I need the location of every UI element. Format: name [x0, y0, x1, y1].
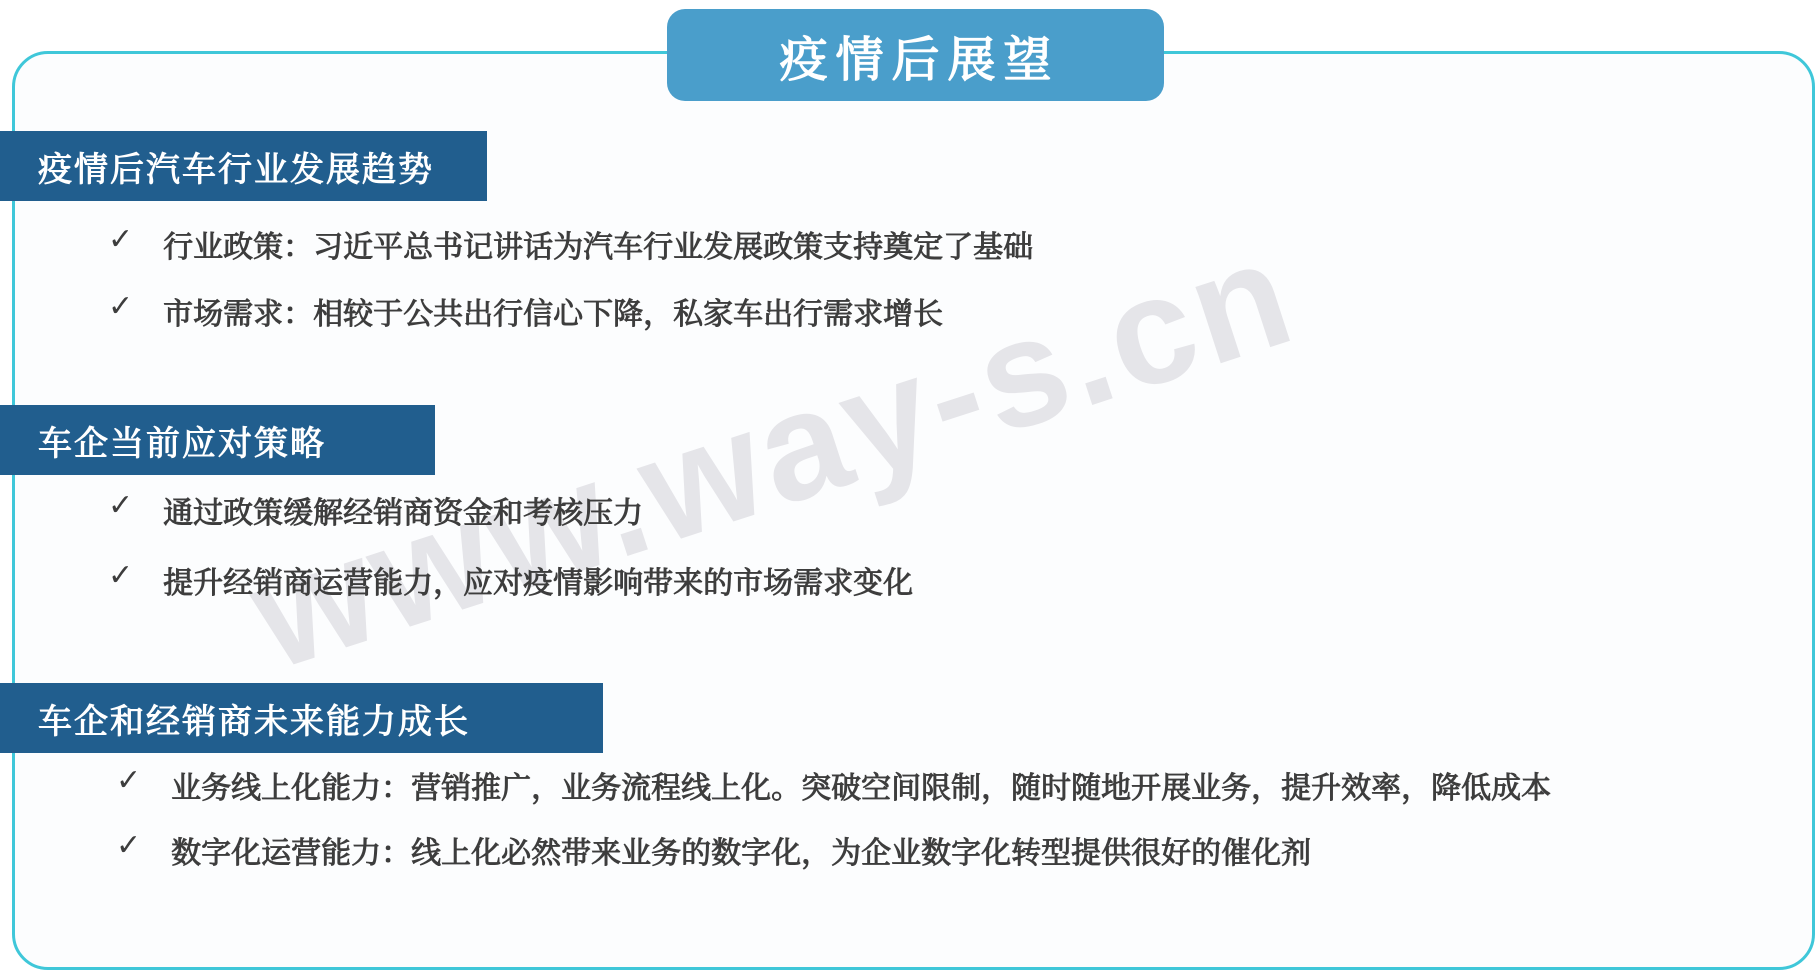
list-item: ✓ 行业政策：习近平总书记讲话为汽车行业发展政策支持奠定了基础 [108, 222, 1033, 266]
section-heading-label: 车企和经销商未来能力成长 [38, 694, 470, 743]
bullet-text: 市场需求：相较于公共出行信心下降，私家车出行需求增长 [163, 289, 943, 333]
list-item: ✓ 业务线上化能力：营销推广，业务流程线上化。突破空间限制，随时随地开展业务，提… [116, 763, 1551, 807]
slide-title: 疫情后展望 [771, 21, 1059, 90]
checkmark-icon: ✓ [116, 763, 141, 798]
checkmark-icon: ✓ [108, 488, 133, 523]
list-item: ✓ 数字化运营能力：线上化必然带来业务的数字化，为企业数字化转型提供很好的催化剂 [116, 828, 1311, 872]
slide-title-banner: 疫情后展望 [667, 9, 1164, 101]
section-heading-current-strategies: 车企当前应对策略 [0, 405, 435, 475]
list-item: ✓ 通过政策缓解经销商资金和考核压力 [108, 488, 643, 532]
section-heading-future-capabilities: 车企和经销商未来能力成长 [0, 683, 603, 753]
bullet-text: 提升经销商运营能力，应对疫情影响带来的市场需求变化 [163, 558, 913, 602]
checkmark-icon: ✓ [108, 222, 133, 257]
section-heading-industry-trends: 疫情后汽车行业发展趋势 [0, 131, 487, 201]
list-item: ✓ 提升经销商运营能力，应对疫情影响带来的市场需求变化 [108, 558, 913, 602]
bullet-text: 业务线上化能力：营销推广，业务流程线上化。突破空间限制，随时随地开展业务，提升效… [171, 763, 1551, 807]
list-item: ✓ 市场需求：相较于公共出行信心下降，私家车出行需求增长 [108, 289, 943, 333]
slide: www.way-s.cn 疫情后展望 疫情后汽车行业发展趋势 ✓ 行业政策：习近… [0, 0, 1817, 975]
checkmark-icon: ✓ [108, 558, 133, 593]
checkmark-icon: ✓ [108, 289, 133, 324]
section-heading-label: 车企当前应对策略 [38, 416, 326, 465]
section-heading-label: 疫情后汽车行业发展趋势 [38, 142, 434, 191]
bullet-text: 行业政策：习近平总书记讲话为汽车行业发展政策支持奠定了基础 [163, 222, 1033, 266]
checkmark-icon: ✓ [116, 828, 141, 863]
bullet-text: 通过政策缓解经销商资金和考核压力 [163, 488, 643, 532]
bullet-text: 数字化运营能力：线上化必然带来业务的数字化，为企业数字化转型提供很好的催化剂 [171, 828, 1311, 872]
